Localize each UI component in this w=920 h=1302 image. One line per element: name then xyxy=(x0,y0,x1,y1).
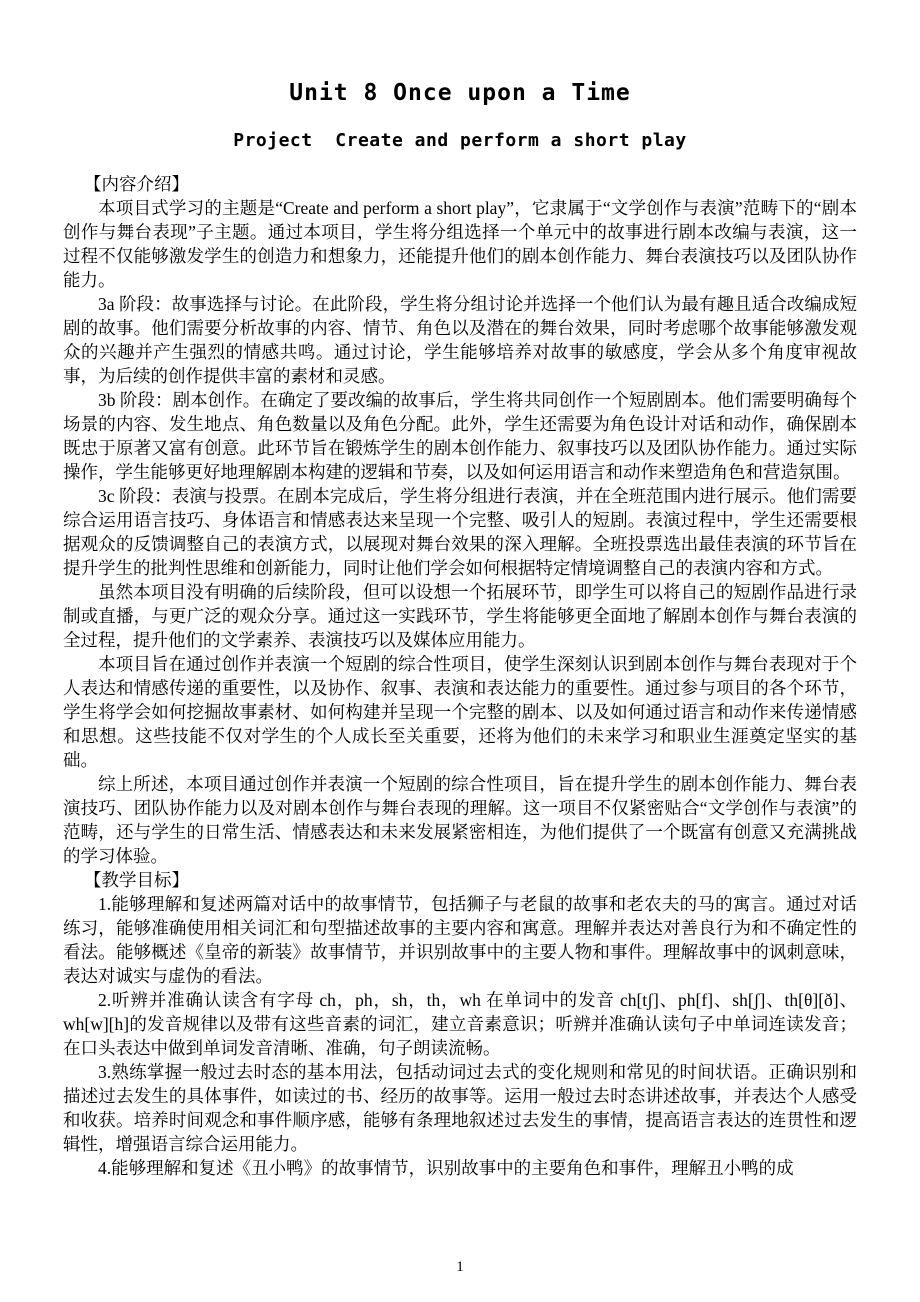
paragraph-stage-3b: 3b 阶段：剧本创作。在确定了要改编的故事后，学生将共同创作一个短剧剧本。他们需… xyxy=(63,388,857,484)
page-number: 1 xyxy=(456,1259,464,1275)
page-title: Unit 8 Once upon a Time xyxy=(63,80,857,106)
paragraph-goal-1: 1.能够理解和复述两篇对话中的故事情节，包括狮子与老鼠的故事和老农夫的马的寓言。… xyxy=(63,892,857,988)
paragraph-goal-4: 4.能够理解和复述《丑小鸭》的故事情节，识别故事中的主要角色和事件，理解丑小鸭的… xyxy=(63,1156,857,1180)
paragraph-stage-3c: 3c 阶段：表演与投票。在剧本完成后，学生将分组进行表演，并在全班范围内进行展示… xyxy=(63,484,857,580)
page-subtitle: Project Create and perform a short play xyxy=(63,130,857,152)
page-footer: 1 xyxy=(0,1258,920,1276)
paragraph-purpose: 本项目旨在通过创作并表演一个短剧的综合性项目，使学生深刻认识到剧本创作与舞台表现… xyxy=(63,652,857,772)
section-teaching-goals: 【教学目标】 1.能够理解和复述两篇对话中的故事情节，包括狮子与老鼠的故事和老农… xyxy=(63,868,857,1180)
document-content: Unit 8 Once upon a Time Project Create a… xyxy=(0,0,920,1180)
paragraph-summary: 综上所述，本项目通过创作并表演一个短剧的综合性项目，旨在提升学生的剧本创作能力、… xyxy=(63,772,857,868)
paragraph-goal-3: 3.熟练掌握一般过去时态的基本用法，包括动词过去式的变化规则和常见的时间状语。正… xyxy=(63,1060,857,1156)
section-content-intro: 【内容介绍】 本项目式学习的主题是“Create and perform a s… xyxy=(63,172,857,868)
paragraph-stage-3a: 3a 阶段：故事选择与讨论。在此阶段，学生将分组讨论并选择一个他们认为最有趣且适… xyxy=(63,292,857,388)
section-header-content-intro: 【内容介绍】 xyxy=(63,172,857,196)
paragraph-extension: 虽然本项目没有明确的后续阶段，但可以设想一个拓展环节，即学生可以将自己的短剧作品… xyxy=(63,580,857,652)
document-page: Unit 8 Once upon a Time Project Create a… xyxy=(0,0,920,1302)
paragraph-intro-overview: 本项目式学习的主题是“Create and perform a short pl… xyxy=(63,196,857,292)
paragraph-goal-2: 2.听辨并准确认读含有字母 ch，ph，sh，th，wh 在单词中的发音 ch[… xyxy=(63,988,857,1060)
section-header-teaching-goals: 【教学目标】 xyxy=(63,868,857,892)
